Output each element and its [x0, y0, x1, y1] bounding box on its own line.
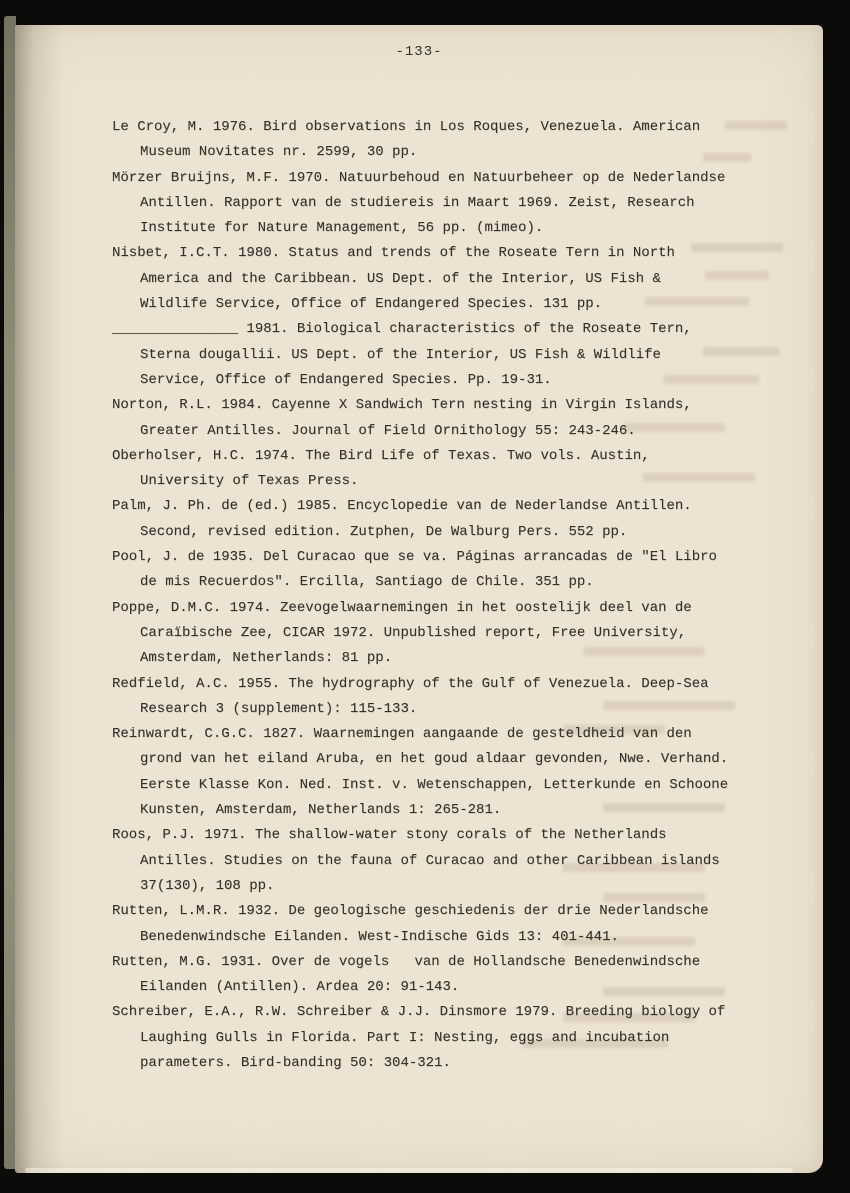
reference-line: Benedenwindsche Eilanden. West-Indische … — [112, 925, 783, 950]
reference-line: Oberholser, H.C. 1974. The Bird Life of … — [112, 444, 783, 469]
reference-line: parameters. Bird-banding 50: 304-321. — [112, 1051, 783, 1076]
reference-line: de mis Recuerdos". Ercilla, Santiago de … — [112, 570, 783, 595]
reference-line: Poppe, D.M.C. 1974. Zeevogelwaarnemingen… — [112, 596, 783, 621]
reference-line: University of Texas Press. — [112, 469, 783, 494]
reference-line: _______________ 1981. Biological charact… — [112, 317, 783, 342]
reference-line: 37(130), 108 pp. — [112, 874, 783, 899]
reference-line: Museum Novitates nr. 2599, 30 pp. — [112, 140, 783, 165]
reference-line: Palm, J. Ph. de (ed.) 1985. Encyclopedie… — [112, 494, 783, 519]
page-number: -133- — [15, 45, 823, 59]
reference-line: Laughing Gulls in Florida. Part I: Nesti… — [112, 1026, 783, 1051]
reference-line: Schreiber, E.A., R.W. Schreiber & J.J. D… — [112, 1000, 783, 1025]
reference-line: Redfield, A.C. 1955. The hydrography of … — [112, 672, 783, 697]
reference-line: Nisbet, I.C.T. 1980. Status and trends o… — [112, 241, 783, 266]
reference-line: Roos, P.J. 1971. The shallow-water stony… — [112, 823, 783, 848]
references-list: Le Croy, M. 1976. Bird observations in L… — [15, 115, 823, 1076]
reference-line: Norton, R.L. 1984. Cayenne X Sandwich Te… — [112, 393, 783, 418]
reference-line: Le Croy, M. 1976. Bird observations in L… — [112, 115, 783, 140]
reference-line: Mörzer Bruijns, M.F. 1970. Natuurbehoud … — [112, 166, 783, 191]
reference-line: Reinwardt, C.G.C. 1827. Waarnemingen aan… — [112, 722, 783, 747]
reference-line: Rutten, L.M.R. 1932. De geologische gesc… — [112, 899, 783, 924]
reference-line: Kunsten, Amsterdam, Netherlands 1: 265-2… — [112, 798, 783, 823]
reference-line: Institute for Nature Management, 56 pp. … — [112, 216, 783, 241]
reference-line: Amsterdam, Netherlands: 81 pp. — [112, 646, 783, 671]
reference-line: Wildlife Service, Office of Endangered S… — [112, 292, 783, 317]
reference-line: Sterna dougallii. US Dept. of the Interi… — [112, 343, 783, 368]
reference-line: Caraïbische Zee, CICAR 1972. Unpublished… — [112, 621, 783, 646]
reference-line: Antilles. Studies on the fauna of Curaca… — [112, 849, 783, 874]
reference-line: Eerste Klasse Kon. Ned. Inst. v. Wetensc… — [112, 773, 783, 798]
reference-line: Service, Office of Endangered Species. P… — [112, 368, 783, 393]
reference-line: Research 3 (supplement): 115-133. — [112, 697, 783, 722]
reference-line: grond van het eiland Aruba, en het goud … — [112, 747, 783, 772]
reference-line: Second, revised edition. Zutphen, De Wal… — [112, 520, 783, 545]
reference-line: Greater Antilles. Journal of Field Ornit… — [112, 419, 783, 444]
reference-line: Pool, J. de 1935. Del Curacao que se va.… — [112, 545, 783, 570]
reference-line: Antillen. Rapport van de studiereis in M… — [112, 191, 783, 216]
reference-line: America and the Caribbean. US Dept. of t… — [112, 267, 783, 292]
scanned-page: -133- Le Croy, M. 1976. Bird observation… — [15, 25, 823, 1173]
reference-line: Eilanden (Antillen). Ardea 20: 91-143. — [112, 975, 783, 1000]
reference-line: Rutten, M.G. 1931. Over de vogels van de… — [112, 950, 783, 975]
